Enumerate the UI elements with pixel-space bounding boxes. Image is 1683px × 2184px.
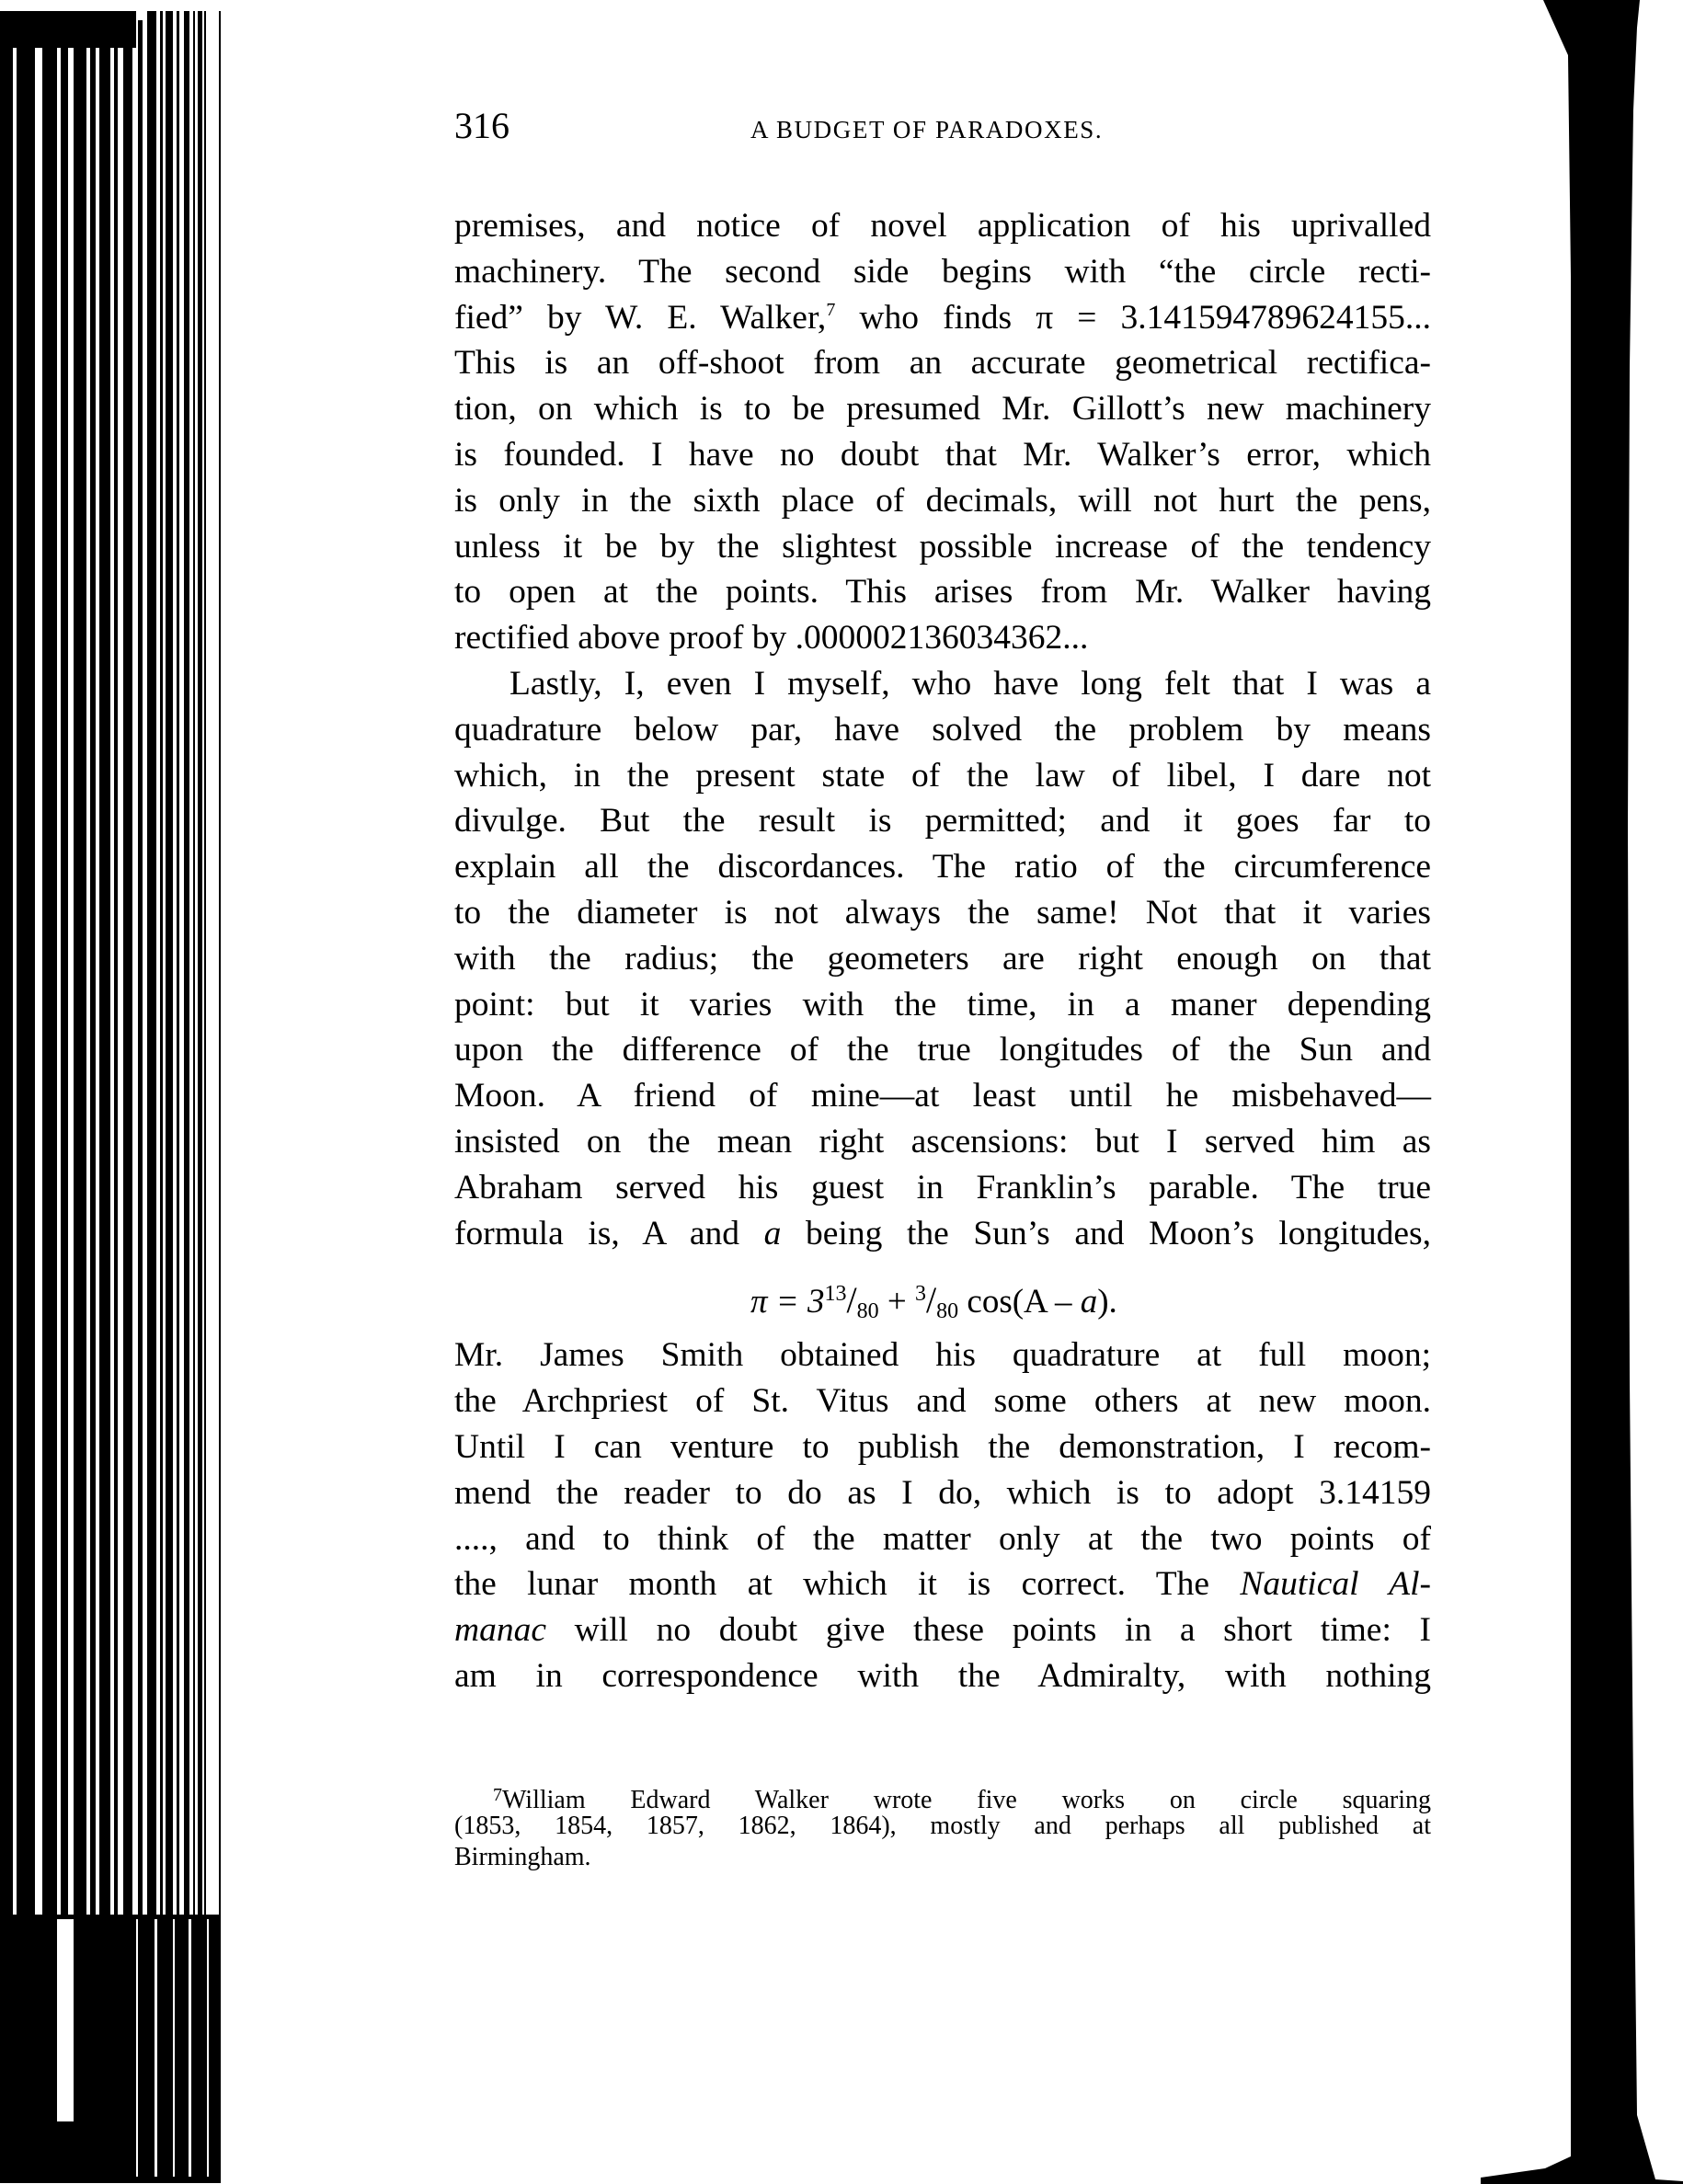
paragraph-3: Mr. James Smith obtained his quadrature … [454,1332,1431,1698]
text-line: is only in the sixth place of decimals, … [454,478,1431,524]
footnote-line: 7William Edward Walker wrote five works … [454,1779,1431,1811]
text-line: fied” by W. E. Walker,7 who finds π = 3.… [454,295,1431,341]
italic-variable: a [764,1215,782,1252]
paragraph-1: premises, and notice of novel applicatio… [454,203,1431,661]
footnote: 7William Edward Walker wrote five works … [454,1779,1431,1873]
paragraph-2: Lastly, I, even I myself, who have long … [454,661,1431,1256]
text-line: to open at the points. This arises from … [454,569,1431,615]
footnote-mark: 7 [493,1785,502,1805]
text-line: rectified above proof by .00000213603436… [454,615,1431,661]
pi-formula: π = 313/80 + 3/80 cos(A – a). [454,1256,1431,1332]
text-line: is founded. I have no doubt that Mr. Wal… [454,432,1431,478]
text-line: unless it be by the slightest possible i… [454,524,1431,570]
footnote-reference[interactable]: 7 [826,300,835,320]
page-edge-shadow-right [1471,0,1683,2184]
running-head: 316 A BUDGET OF PARADOXES. [454,103,1431,149]
text-line: which, in the present state of the law o… [454,753,1431,799]
text-line: manac will no doubt give these points in… [454,1607,1431,1653]
text-line: to the diameter is not always the same! … [454,890,1431,936]
text-line: premises, and notice of novel applicatio… [454,203,1431,249]
text-line: Lastly, I, even I myself, who have long … [454,661,1431,707]
text-line: am in correspondence with the Admiralty,… [454,1653,1431,1699]
text-line: the lunar month at which it is correct. … [454,1561,1431,1607]
text-line: machinery. The second side begins with “… [454,249,1431,295]
text-line: formula is, A and a being the Sun’s and … [454,1211,1431,1257]
page-number: 316 [454,103,509,149]
text-line: Mr. James Smith obtained his quadrature … [454,1332,1431,1378]
text-line: the Archpriest of St. Vitus and some oth… [454,1378,1431,1424]
text-line: Abraham served his guest in Franklin’s p… [454,1165,1431,1211]
text-line: This is an off-shoot from an accurate ge… [454,340,1431,386]
italic-title: Nautical Al- [1240,1565,1431,1603]
footnote-line: Birmingham. [454,1842,1431,1873]
text-line: Moon. A friend of mine—at least until he… [454,1073,1431,1119]
text-line: point: but it varies with the time, in a… [454,982,1431,1028]
text-line: insisted on the mean right ascensions: b… [454,1119,1431,1165]
text-line: explain all the discordances. The ratio … [454,844,1431,890]
text-line: upon the difference of the true longitud… [454,1027,1431,1073]
running-title: A BUDGET OF PARADOXES. [750,107,1103,153]
text-line: tion, on which is to be presumed Mr. Gil… [454,386,1431,432]
text-line: quadrature below par, have solved the pr… [454,707,1431,753]
text-line: with the radius; the geometers are right… [454,936,1431,982]
text-line: ...., and to think of the matter only at… [454,1516,1431,1562]
text-line: Until I can venture to publish the demon… [454,1424,1431,1470]
text-line: mend the reader to do as I do, which is … [454,1470,1431,1516]
footnote-line: (1853, 1854, 1857, 1862, 1864), mostly a… [454,1811,1431,1842]
body-text: premises, and notice of novel applicatio… [454,203,1431,1699]
text-line: divulge. But the result is permitted; an… [454,798,1431,844]
italic-title: manac [454,1611,546,1649]
page-edge-stripes-left [0,11,225,2183]
